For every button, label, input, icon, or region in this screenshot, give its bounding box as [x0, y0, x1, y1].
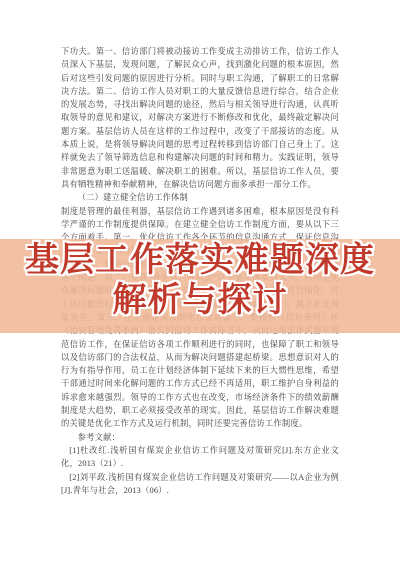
banner-title: 基层工作落实难题深度 解析与探讨 — [0, 240, 400, 320]
section-heading: （二）建立健全信访工作体制 — [61, 191, 339, 204]
reference-item: [1]杜改红.浅析国有煤炭企业信访工作问题及对策研究[J].东方企业文化，201… — [61, 444, 339, 471]
banner-title-line-2: 解析与探讨 — [0, 280, 400, 320]
document-page: 下功夫。第一、信访部门将被动接访工作变成主动排访工作，信访工作人员深入下基层，发… — [0, 0, 400, 566]
paragraph-1: 下功夫。第一、信访部门将被动接访工作变成主动排访工作，信访工作人员深入下基层，发… — [61, 45, 339, 191]
reference-item: [2]刘平政.浅析国有煤炭企业信访工作问题及对策研究——以A企业为例[J].青年… — [61, 471, 339, 498]
references-label: 参考文献： — [61, 431, 339, 444]
banner-title-line-1: 基层工作落实难题深度 — [0, 240, 400, 280]
